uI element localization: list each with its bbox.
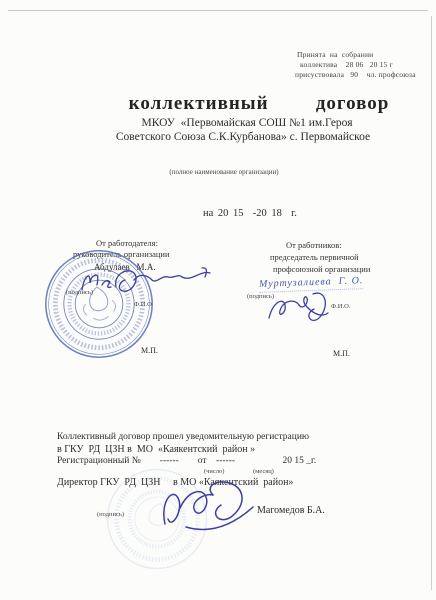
agreement-period: на 20 15 -20 18 г. [203, 208, 297, 220]
document-title: коллективный договор [0, 93, 436, 115]
scan-top-edge-line [8, 10, 428, 11]
workers-signature-caption: (подпись) [247, 293, 274, 300]
employer-role: руководитель организации [73, 250, 170, 260]
registration-line-3: Регистрационный № ------ от ------ 20 15… [57, 456, 316, 467]
workers-role-line-1: председатель первичной [270, 253, 359, 263]
approval-line-1: Принята на собрании [297, 50, 416, 60]
workers-handwritten-name: Муртузалиева Г. О. [259, 275, 364, 292]
employer-seal-caption: М.П. [141, 346, 158, 355]
organization-name-line-2: Советского Союза С.К.Курбанова» с. Перво… [0, 131, 436, 144]
workers-seal-caption: М.П. [333, 349, 350, 358]
organization-name-line-1: МКОУ «Первомайская СОШ №1 им.Героя [0, 117, 436, 130]
registration-line-2: в ГКУ РД ЦЗН в МО «Каякентский район » [57, 444, 255, 456]
employer-name: Абдулаев М.А. [94, 262, 156, 272]
director-signature-caption: (подпись) [97, 511, 124, 518]
registration-line-1: Коллективный договор прошел уведомительн… [57, 432, 309, 443]
workers-role-line-2: профсоюзной организации [273, 265, 370, 275]
employer-signature-caption: (подпись) [66, 289, 93, 296]
workers-heading: От работников: [286, 241, 342, 251]
registration-month-caption: (месяц) [253, 468, 274, 475]
organization-name-caption: (полное наименование организации) [133, 168, 315, 176]
approval-line-3: присуствовала 90 чл. профсоюза [295, 70, 416, 80]
approval-note: Принята на собрании коллектива 28 06 20 … [297, 50, 416, 80]
employer-fio-caption: Ф.И.О [134, 301, 152, 308]
approval-line-2: коллектива 28 06 20 15 г [300, 60, 416, 70]
registration-line-4: Директор ГКУ РД ЦЗН в МО «Каякентский ра… [57, 477, 293, 489]
director-name: Магомедов Б.А. [257, 505, 325, 517]
workers-fio-caption: Ф.И.О. [331, 303, 350, 310]
employer-heading: От работодателя: [96, 239, 158, 249]
faint-round-stamp [94, 456, 220, 582]
registration-day-caption: (число) [204, 468, 224, 475]
scanned-document-page: Принята на собрании коллектива 28 06 20 … [0, 0, 436, 600]
workers-signature [264, 288, 338, 326]
